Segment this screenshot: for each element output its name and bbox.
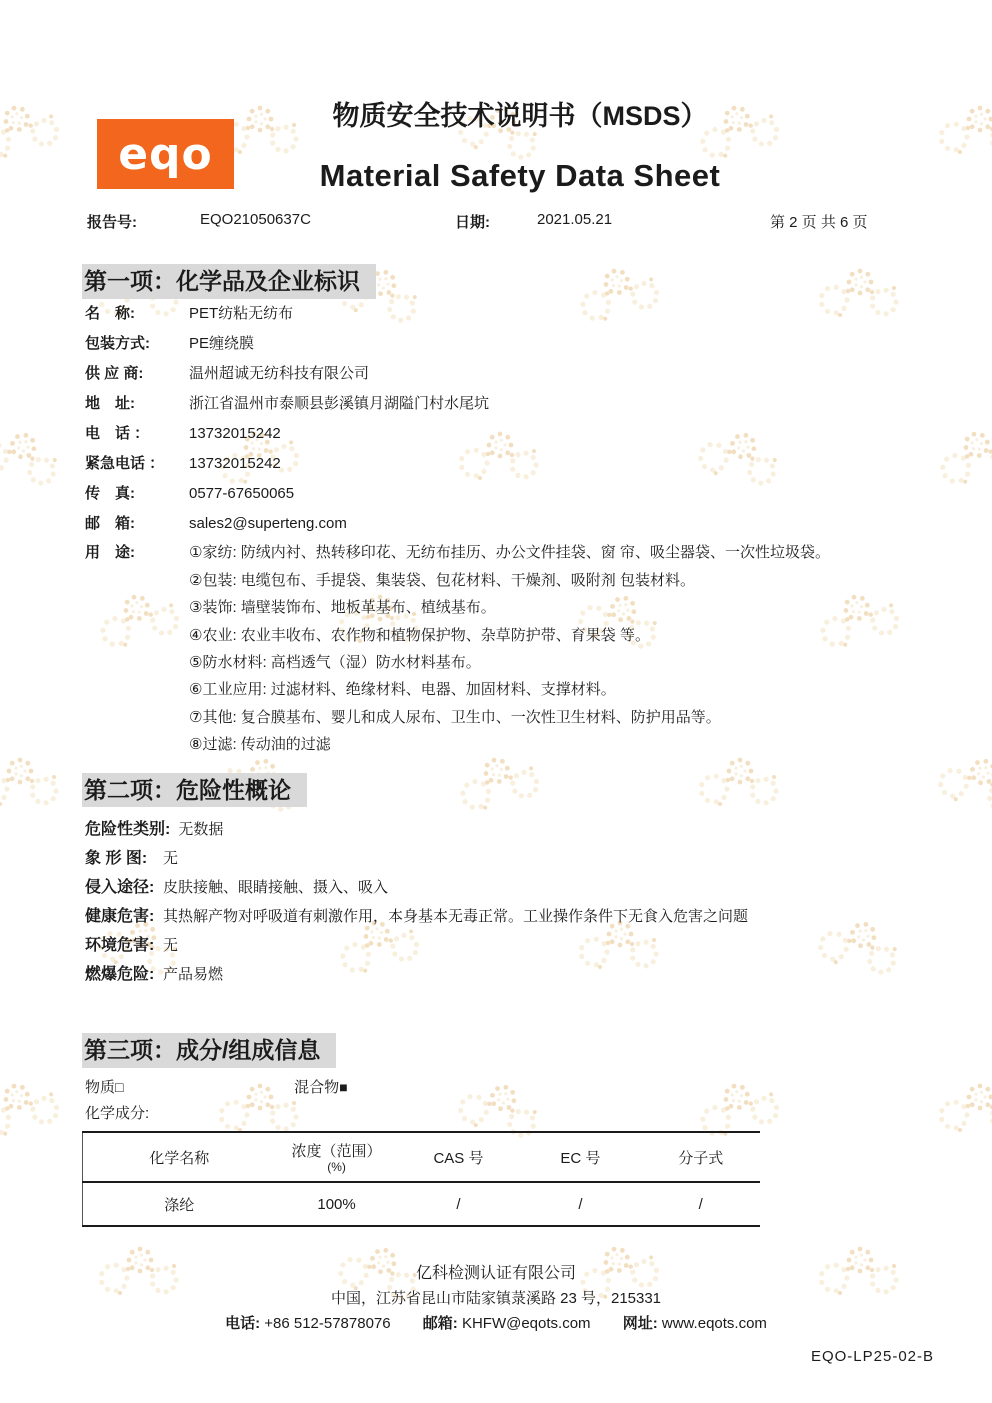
field-value: PET纺粘无纺布 (189, 305, 293, 322)
field-row-packaging: 包装方式:PE缠绕膜 (85, 329, 992, 359)
field-label: 传 真: (85, 479, 189, 509)
checkbox-checked-icon: ■ (339, 1079, 347, 1095)
field-value: 13732015242 (189, 455, 281, 472)
checkbox-unchecked-icon: □ (115, 1079, 123, 1095)
field-value: 无数据 (178, 821, 223, 838)
eqo-logo: eqo (97, 119, 234, 189)
document-footer: 亿科检测认证有限公司 中国，江苏省昆山市陆家镇菉溪路 23 号，215331 电… (0, 1261, 992, 1336)
web-label: 网址: (623, 1315, 658, 1332)
field-value: 其热解产物对呼吸道有刺激作用，本身基本无毒正常。工业操作条件下无食入危害之问题 (163, 908, 748, 925)
use-item: ⑧过滤: 传动油的过滤 (189, 731, 992, 758)
footer-company-name: 亿科检测认证有限公司 (0, 1261, 992, 1286)
substance-mixture-row: 物质□ 混合物■ (85, 1074, 992, 1101)
composition-table-header: 化学名称 浓度（范围） (%) CAS 号 EC 号 分子式 (83, 1132, 761, 1182)
composition-label: 化学成分: (85, 1101, 992, 1127)
field-value: 浙江省温州市泰顺县彭溪镇月湖隘门村水尾坑 (189, 395, 489, 412)
phone-label: 电话: (225, 1315, 260, 1332)
field-value: sales2@superteng.com (189, 515, 347, 532)
field-label: 危险性类别: (85, 815, 170, 844)
field-label: 象 形 图: (85, 844, 155, 873)
phone-value: +86 512-57878076 (264, 1315, 390, 1332)
column-header-ec: EC 号 (519, 1132, 641, 1182)
concentration-header-text: 浓度（范围） (276, 1140, 398, 1161)
composition-table: 化学名称 浓度（范围） (%) CAS 号 EC 号 分子式 涤纶 100% /… (82, 1131, 760, 1227)
column-header-formula: 分子式 (641, 1132, 760, 1182)
field-row-address: 地 址:浙江省温州市泰顺县彭溪镇月湖隘门村水尾坑 (85, 389, 992, 419)
section2-title: 第二项：危险性概论 (82, 773, 307, 808)
field-row-phone: 电 话 ：13732015242 (85, 419, 992, 449)
section3-title: 第三项：成分/组成信息 (82, 1033, 336, 1068)
field-label: 地 址: (85, 389, 189, 419)
cell-cas: / (398, 1182, 520, 1226)
email-value: KHFW@eqots.com (462, 1315, 591, 1332)
cell-formula: / (641, 1182, 760, 1226)
page-indicator: 第 2 页 共 6 页 (770, 211, 868, 232)
field-label: 紧急电话 ： (85, 449, 189, 479)
field-row-emergency-phone: 紧急电话 ：13732015242 (85, 449, 992, 479)
field-value: 13732015242 (189, 425, 281, 442)
section1-title: 第一项：化学品及企业标识 (82, 264, 376, 299)
column-header-concentration: 浓度（范围） (%) (276, 1132, 398, 1182)
field-value: PE缠绕膜 (189, 335, 254, 352)
field-value: 无 (163, 850, 178, 867)
cell-concentration: 100% (276, 1182, 398, 1226)
environment-hazard-row: 环境危害:无 (85, 931, 992, 960)
date-label: 日期: (455, 211, 490, 232)
footer-contact-line: 电话: +86 512-57878076 邮箱: KHFW@eqots.com … (0, 1311, 992, 1336)
hazard-class-row: 危险性类别:无数据 (85, 815, 992, 844)
use-item: ⑥工业应用: 过滤材料、绝缘材料、电器、加固材料、支撑材料。 (189, 676, 992, 703)
substance-label: 物质 (85, 1079, 115, 1096)
column-header-chemical-name: 化学名称 (83, 1132, 276, 1182)
field-row-supplier: 供 应 商:温州超诚无纺科技有限公司 (85, 359, 992, 389)
field-value: 0577-67650065 (189, 485, 294, 502)
exposure-route-row: 侵入途径:皮肤接触、眼睛接触、摄入、吸入 (85, 873, 992, 902)
document-title-chinese: 物质安全技术说明书（MSDS） (240, 94, 800, 133)
document-header: eqo 物质安全技术说明书（MSDS） Material Safety Data… (0, 0, 992, 256)
field-label: 健康危害: (85, 902, 155, 931)
field-row-fax: 传 真:0577-67650065 (85, 479, 992, 509)
footer-web: 网址: www.eqots.com (623, 1315, 767, 1332)
field-value: 皮肤接触、眼睛接触、摄入、吸入 (163, 879, 388, 896)
use-item: ⑦其他: 复合膜基布、婴儿和成人尿布、卫生巾、一次性卫生材料、防护用品等。 (189, 704, 992, 731)
field-value: 产品易燃 (163, 966, 223, 983)
report-no-value: EQO21050637C (200, 211, 311, 228)
field-label: 名 称: (85, 299, 189, 329)
health-hazard-row: 健康危害:其热解产物对呼吸道有刺激作用，本身基本无毒正常。工业操作条件下无食入危… (85, 902, 992, 931)
document-title-english: Material Safety Data Sheet (240, 158, 800, 194)
report-no-label: 报告号: (87, 211, 137, 232)
field-row-uses: 用 途:①家纺: 防绒内衬、热转移印花、无纺布挂历、办公文件挂袋、窗 帘、吸尘器… (85, 539, 992, 567)
field-label: 环境危害: (85, 931, 155, 960)
field-label: 燃爆危险: (85, 960, 155, 989)
field-label: 邮 箱: (85, 509, 189, 539)
use-item: ①家纺: 防绒内衬、热转移印花、无纺布挂历、办公文件挂袋、窗 帘、吸尘器袋、一次… (189, 544, 830, 561)
email-label: 邮箱: (423, 1315, 458, 1332)
footer-address: 中国，江苏省昆山市陆家镇菉溪路 23 号，215331 (0, 1286, 992, 1311)
field-label: 用 途: (85, 539, 189, 567)
section2-body: 危险性类别:无数据 象 形 图:无 侵入途径:皮肤接触、眼睛接触、摄入、吸入 健… (0, 815, 992, 989)
field-label: 电 话 ： (85, 419, 189, 449)
field-label: 侵入途径: (85, 873, 155, 902)
use-item: ③装饰: 墙壁装饰布、地板革基布、植绒基布。 (189, 594, 992, 621)
footer-email: 邮箱: KHFW@eqots.com (423, 1315, 591, 1332)
field-value: 无 (163, 937, 178, 954)
web-value: www.eqots.com (662, 1315, 767, 1332)
use-item: ⑤防水材料: 高档透气（湿）防水材料基布。 (189, 649, 992, 676)
field-row-name: 名 称:PET纺粘无纺布 (85, 299, 992, 329)
substance-option: 物质□ (85, 1074, 290, 1101)
cell-chemical-name: 涤纶 (83, 1182, 276, 1226)
use-item: ②包装: 电缆包布、手提袋、集装袋、包花材料、干燥剂、吸附剂 包装材料。 (189, 567, 992, 594)
document-code: EQO-LP25-02-B (0, 1348, 992, 1365)
eqo-logo-text: eqo (118, 129, 213, 180)
field-row-email: 邮 箱:sales2@superteng.com (85, 509, 992, 539)
field-label: 包装方式: (85, 329, 189, 359)
cell-ec: / (519, 1182, 641, 1226)
date-value: 2021.05.21 (537, 211, 612, 228)
use-item: ④农业: 农业丰收布、农作物和植物保护物、杂草防护带、育果袋 等。 (189, 622, 992, 649)
msds-document-page: eqo 物质安全技术说明书（MSDS） Material Safety Data… (0, 0, 992, 1365)
column-header-cas: CAS 号 (398, 1132, 520, 1182)
mixture-label: 混合物 (294, 1079, 339, 1096)
section1-body: 名 称:PET纺粘无纺布 包装方式:PE缠绕膜 供 应 商:温州超诚无纺科技有限… (0, 299, 992, 759)
fire-explosion-hazard-row: 燃爆危险:产品易燃 (85, 960, 992, 989)
footer-phone: 电话: +86 512-57878076 (225, 1315, 391, 1332)
pictogram-row: 象 形 图:无 (85, 844, 992, 873)
concentration-unit: (%) (276, 1161, 398, 1174)
table-row: 涤纶 100% / / / (83, 1182, 761, 1226)
field-label: 供 应 商: (85, 359, 189, 389)
field-value: 温州超诚无纺科技有限公司 (189, 365, 369, 382)
mixture-option: 混合物■ (294, 1074, 347, 1101)
